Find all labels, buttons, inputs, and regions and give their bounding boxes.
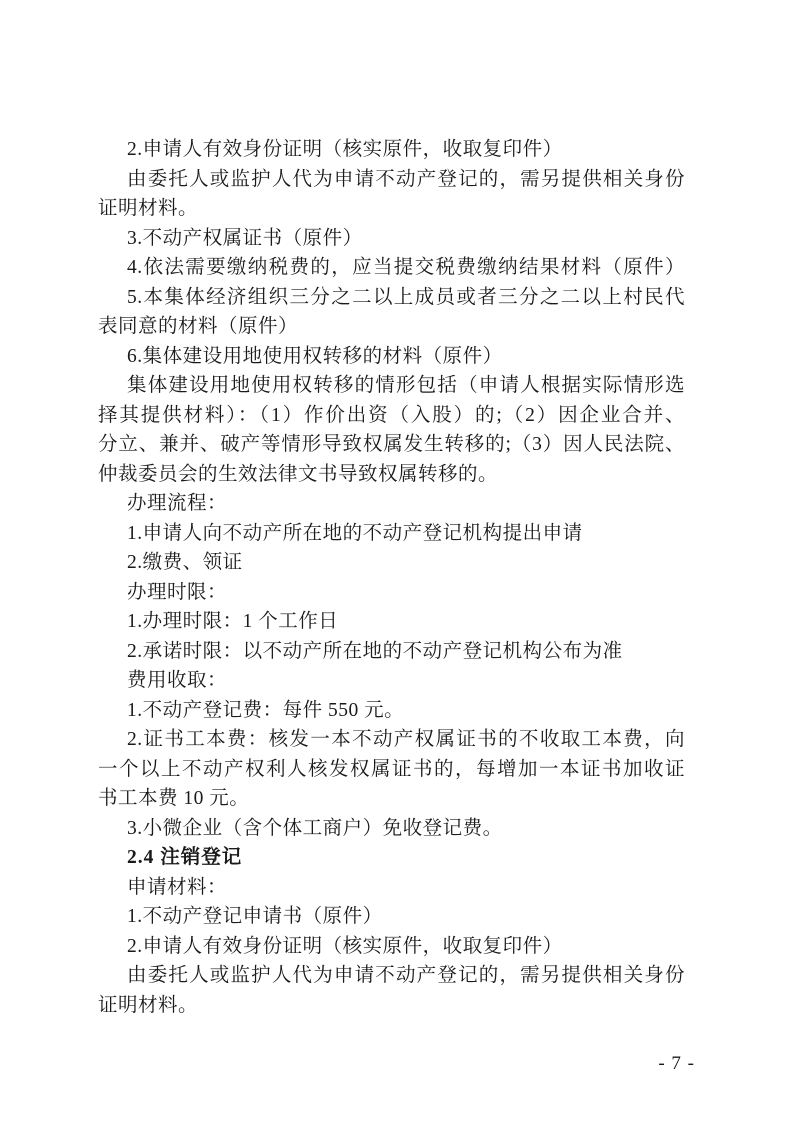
text-line: 证明材料。 [98,194,685,224]
document-page: 2.申请人有效身份证明（核实原件，收取复印件） 由委托人或监护人代为申请不动产登… [0,0,793,1122]
text-line: 1.不动产登记申请书（原件） [98,902,685,932]
text-line: 办理时限： [98,578,685,608]
text-line: 5.本集体经济组织三分之二以上成员或者三分之二以上村民代 [98,283,685,313]
text-line: 3.小微企业（含个体工商户）免收登记费。 [98,814,685,844]
text-line: 分立、兼并、破产等情形导致权属发生转移的;（3）因人民法院、 [98,430,685,460]
text-line: 一个以上不动产权利人核发权属证书的，每增加一本证书加收证 [98,755,685,785]
text-line: 由委托人或监护人代为申请不动产登记的，需另提供相关身份 [98,165,685,195]
page-content: 2.申请人有效身份证明（核实原件，收取复印件） 由委托人或监护人代为申请不动产登… [98,135,685,1020]
text-line: 2.承诺时限：以不动产所在地的不动产登记机构公布为准 [98,637,685,667]
page-number: - 7 - [658,1053,695,1075]
text-line: 证明材料。 [98,991,685,1021]
text-line: 2.申请人有效身份证明（核实原件，收取复印件） [98,135,685,165]
section-heading: 2.4 注销登记 [98,843,685,873]
text-line: 4.依法需要缴纳税费的，应当提交税费缴纳结果材料（原件） [98,253,685,283]
text-line: 集体建设用地使用权转移的情形包括（申请人根据实际情形选 [98,371,685,401]
text-line: 费用收取： [98,666,685,696]
text-line: 2.申请人有效身份证明（核实原件，收取复印件） [98,932,685,962]
text-line: 由委托人或监护人代为申请不动产登记的，需另提供相关身份 [98,961,685,991]
text-line: 仲裁委员会的生效法律文书导致权属转移的。 [98,460,685,490]
text-line: 6.集体建设用地使用权转移的材料（原件） [98,342,685,372]
text-line: 择其提供材料）：（1）作价出资（入股）的;（2）因企业合并、 [98,401,685,431]
text-line: 书工本费 10 元。 [98,784,685,814]
text-line: 1.不动产登记费：每件 550 元。 [98,696,685,726]
text-line: 2.缴费、领证 [98,548,685,578]
text-line: 表同意的材料（原件） [98,312,685,342]
text-line: 3.不动产权属证书（原件） [98,224,685,254]
text-line: 1.申请人向不动产所在地的不动产登记机构提出申请 [98,519,685,549]
text-line: 1.办理时限：1 个工作日 [98,607,685,637]
text-line: 2.证书工本费：核发一本不动产权属证书的不收取工本费，向 [98,725,685,755]
text-line: 办理流程： [98,489,685,519]
text-line: 申请材料： [98,873,685,903]
